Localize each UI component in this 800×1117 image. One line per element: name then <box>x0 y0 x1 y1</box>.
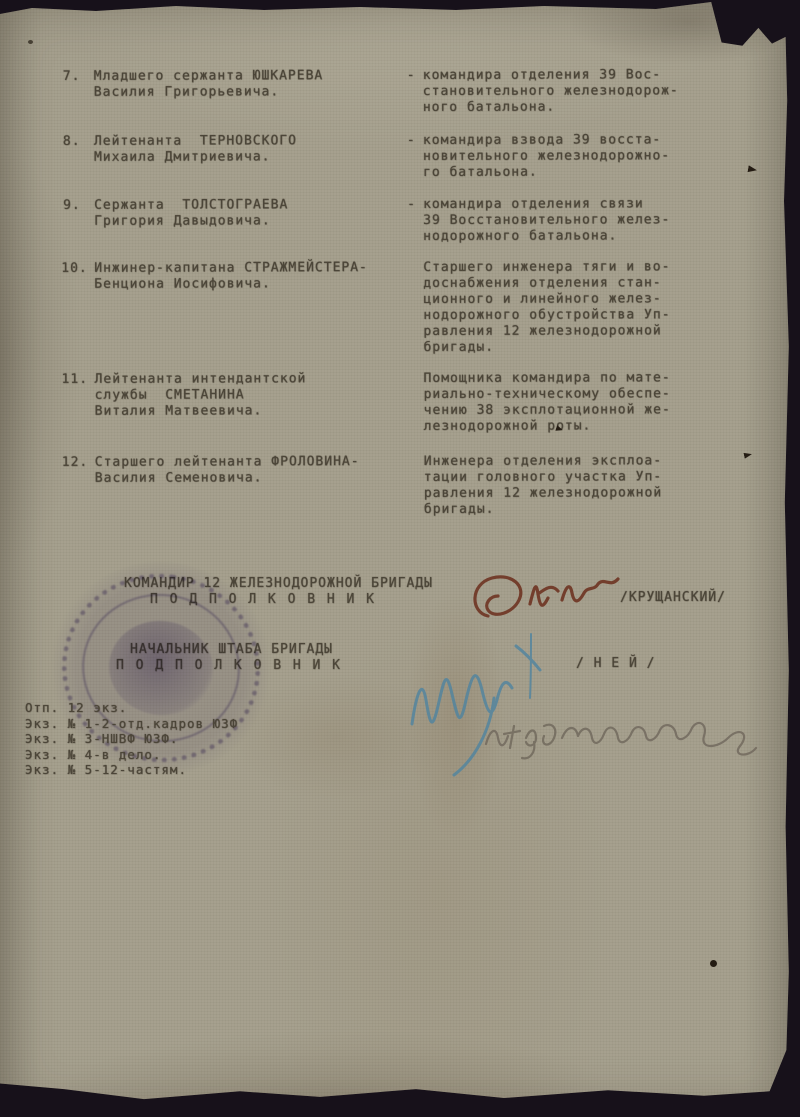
entry-duty: командира отделения связи 39 Восстановит… <box>423 196 670 245</box>
entry-separator: - <box>407 197 416 213</box>
commander-signature-icon <box>466 566 646 636</box>
entry-item-12: 12. Старшего лейтенанта ФРОЛОВИНА- Васил… <box>62 453 792 455</box>
entry-name: Инжинер-капитана СТРАЖМЕЙСТЕРА- Бенциона… <box>94 260 368 293</box>
entry-duty: командира взвода 39 восста- новительного… <box>423 132 670 181</box>
entry-duty: Инженера отделения эксплоа- тации головн… <box>424 453 662 518</box>
entry-duty: Старшего инженера тяги и во- доснабжения… <box>423 259 670 356</box>
entry-item-10: 10. Инжинер-капитана СТРАЖМЕЙСТЕРА- Бенц… <box>61 259 791 261</box>
distribution-list: Отп. 12 экз. Экз. № 1-2-отд.кадров ЮЗФ Э… <box>25 700 238 778</box>
entry-number: 8. <box>63 134 81 150</box>
entry-duty: Помощника командира по мате- риально-тех… <box>424 370 671 435</box>
ink-speck <box>28 40 33 44</box>
pencil-note-icon <box>476 698 768 774</box>
entry-name: Сержанта ТОЛСТОГРАЕВА Григория Давыдович… <box>94 197 288 230</box>
chief-name: / Н Е Й / <box>576 656 655 672</box>
entry-separator: - <box>407 68 416 84</box>
entry-number: 12. <box>62 455 89 471</box>
entry-name: Лейтенанта ТЕРНОВСКОГО Михаила Дмитриеви… <box>94 133 297 166</box>
entry-number: 10. <box>61 261 88 277</box>
entry-item-9: 9. Сержанта ТОЛСТОГРАЕВА Григория Давыдо… <box>61 196 791 198</box>
scanned-document-page: 7. Младшего сержанта ЮШКАРЕВА Василия Гр… <box>0 0 800 1117</box>
entry-number: 9. <box>63 198 81 214</box>
entries-list: 7. Младшего сержанта ЮШКАРЕВА Василия Гр… <box>0 0 800 1117</box>
entry-name: Лейтенанта интендантской службы СМЕТАНИН… <box>95 371 307 420</box>
ink-speck <box>710 960 717 967</box>
entry-number: 7. <box>63 69 81 85</box>
entry-name: Старшего лейтенанта ФРОЛОВИНА- Василия С… <box>95 454 360 487</box>
entry-item-8: 8. Лейтенанта ТЕРНОВСКОГО Михаила Дмитри… <box>61 132 791 134</box>
entry-item-7: 7. Младшего сержанта ЮШКАРЕВА Василия Гр… <box>61 67 791 69</box>
entry-number: 11. <box>62 372 89 388</box>
entry-item-11: 11. Лейтенанта интендантской службы СМЕТ… <box>62 370 792 372</box>
entry-name: Младшего сержанта ЮШКАРЕВА Василия Григо… <box>94 68 324 101</box>
entry-duty: командира отделения 39 Вос- становительн… <box>423 67 679 116</box>
entry-separator: - <box>407 133 416 149</box>
